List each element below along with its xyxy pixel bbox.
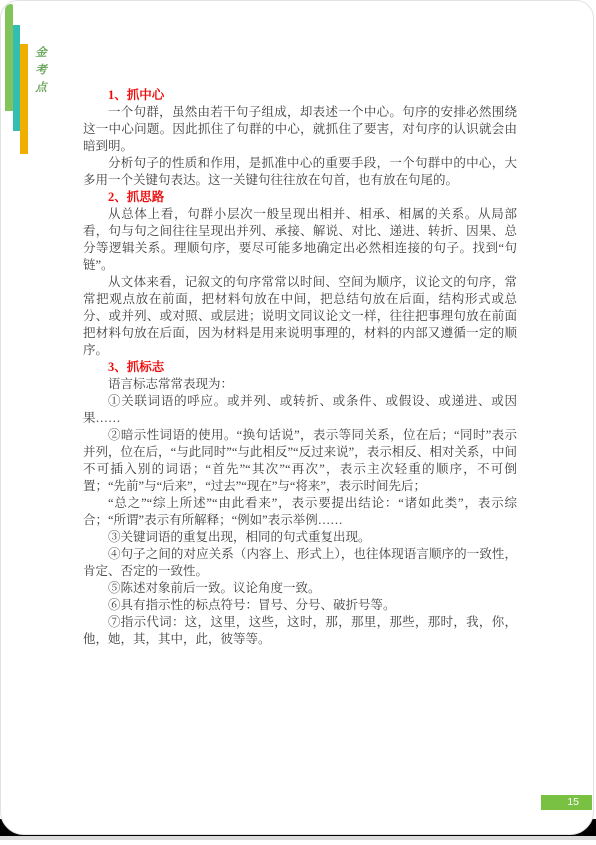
paragraph: 分析句子的性质和作用，是抓准中心的重要手段，一个句群中的中心，大多用一个关键句表…: [83, 155, 517, 189]
paragraph: ⑥具有指示性的标点符号：冒号、分号、破折号等。: [83, 597, 517, 614]
paragraph: 语言标志常常表现为：: [83, 376, 517, 393]
paragraph: ④句子之间的对应关系（内容上、形式上），也往体现语言顺序的一致性，肯定、否定的一…: [83, 546, 517, 580]
paragraph: ①关联词语的呼应。或并列、或转折、或条件、或假设、或递进、或因果……: [83, 393, 517, 427]
paragraph: 一个句群，虽然由若干句子组成，却表述一个中心。句序的安排必然围绕这一中心问题。因…: [83, 104, 517, 155]
deco-bar-green: [5, 4, 13, 111]
paragraph: ⑤陈述对象前后一致。议论角度一致。: [83, 580, 517, 597]
section-heading-3: 3、抓标志: [83, 359, 517, 376]
paragraph: 从总体上看，句群小层次一般呈现出相并、相承、相属的关系。从局部看，句与句之间往往…: [83, 206, 517, 274]
paragraph: “总之”“综上所述”“由此看来”，表示要提出结论：“诸如此类”，表示综合；“所谓…: [83, 495, 517, 529]
paragraph: ③关键词语的重复出现，相同的句式重复出现。: [83, 529, 517, 546]
document-page: 金考点 1、抓中心 一个句群，虽然由若干句子组成，却表述一个中心。句序的安排必然…: [0, 0, 594, 835]
sidebar-label-gold-test-points: 金考点: [33, 46, 49, 99]
deco-bar-teal: [13, 25, 20, 131]
paragraph: ②暗示性词语的使用。“换句话说”，表示等同关系，位在后；“同时”表示并列，位在后…: [83, 427, 517, 495]
section-heading-1: 1、抓中心: [83, 87, 517, 104]
section-heading-2: 2、抓思路: [83, 189, 517, 206]
paragraph: 从文体来看，记叙文的句序常常以时间、空间为顺序，议论文的句序，常常把观点放在前面…: [83, 274, 517, 359]
page-number-badge: 15: [541, 795, 592, 810]
page-bottom-edge: [0, 836, 596, 840]
deco-bar-yellow: [20, 44, 28, 154]
main-text-column: 1、抓中心 一个句群，虽然由若干句子组成，却表述一个中心。句序的安排必然围绕这一…: [83, 87, 517, 648]
paragraph: ⑦指示代词：这，这里，这些，这时，那，那里，那些，那时，我，你，他，她，其，其中…: [83, 614, 517, 648]
